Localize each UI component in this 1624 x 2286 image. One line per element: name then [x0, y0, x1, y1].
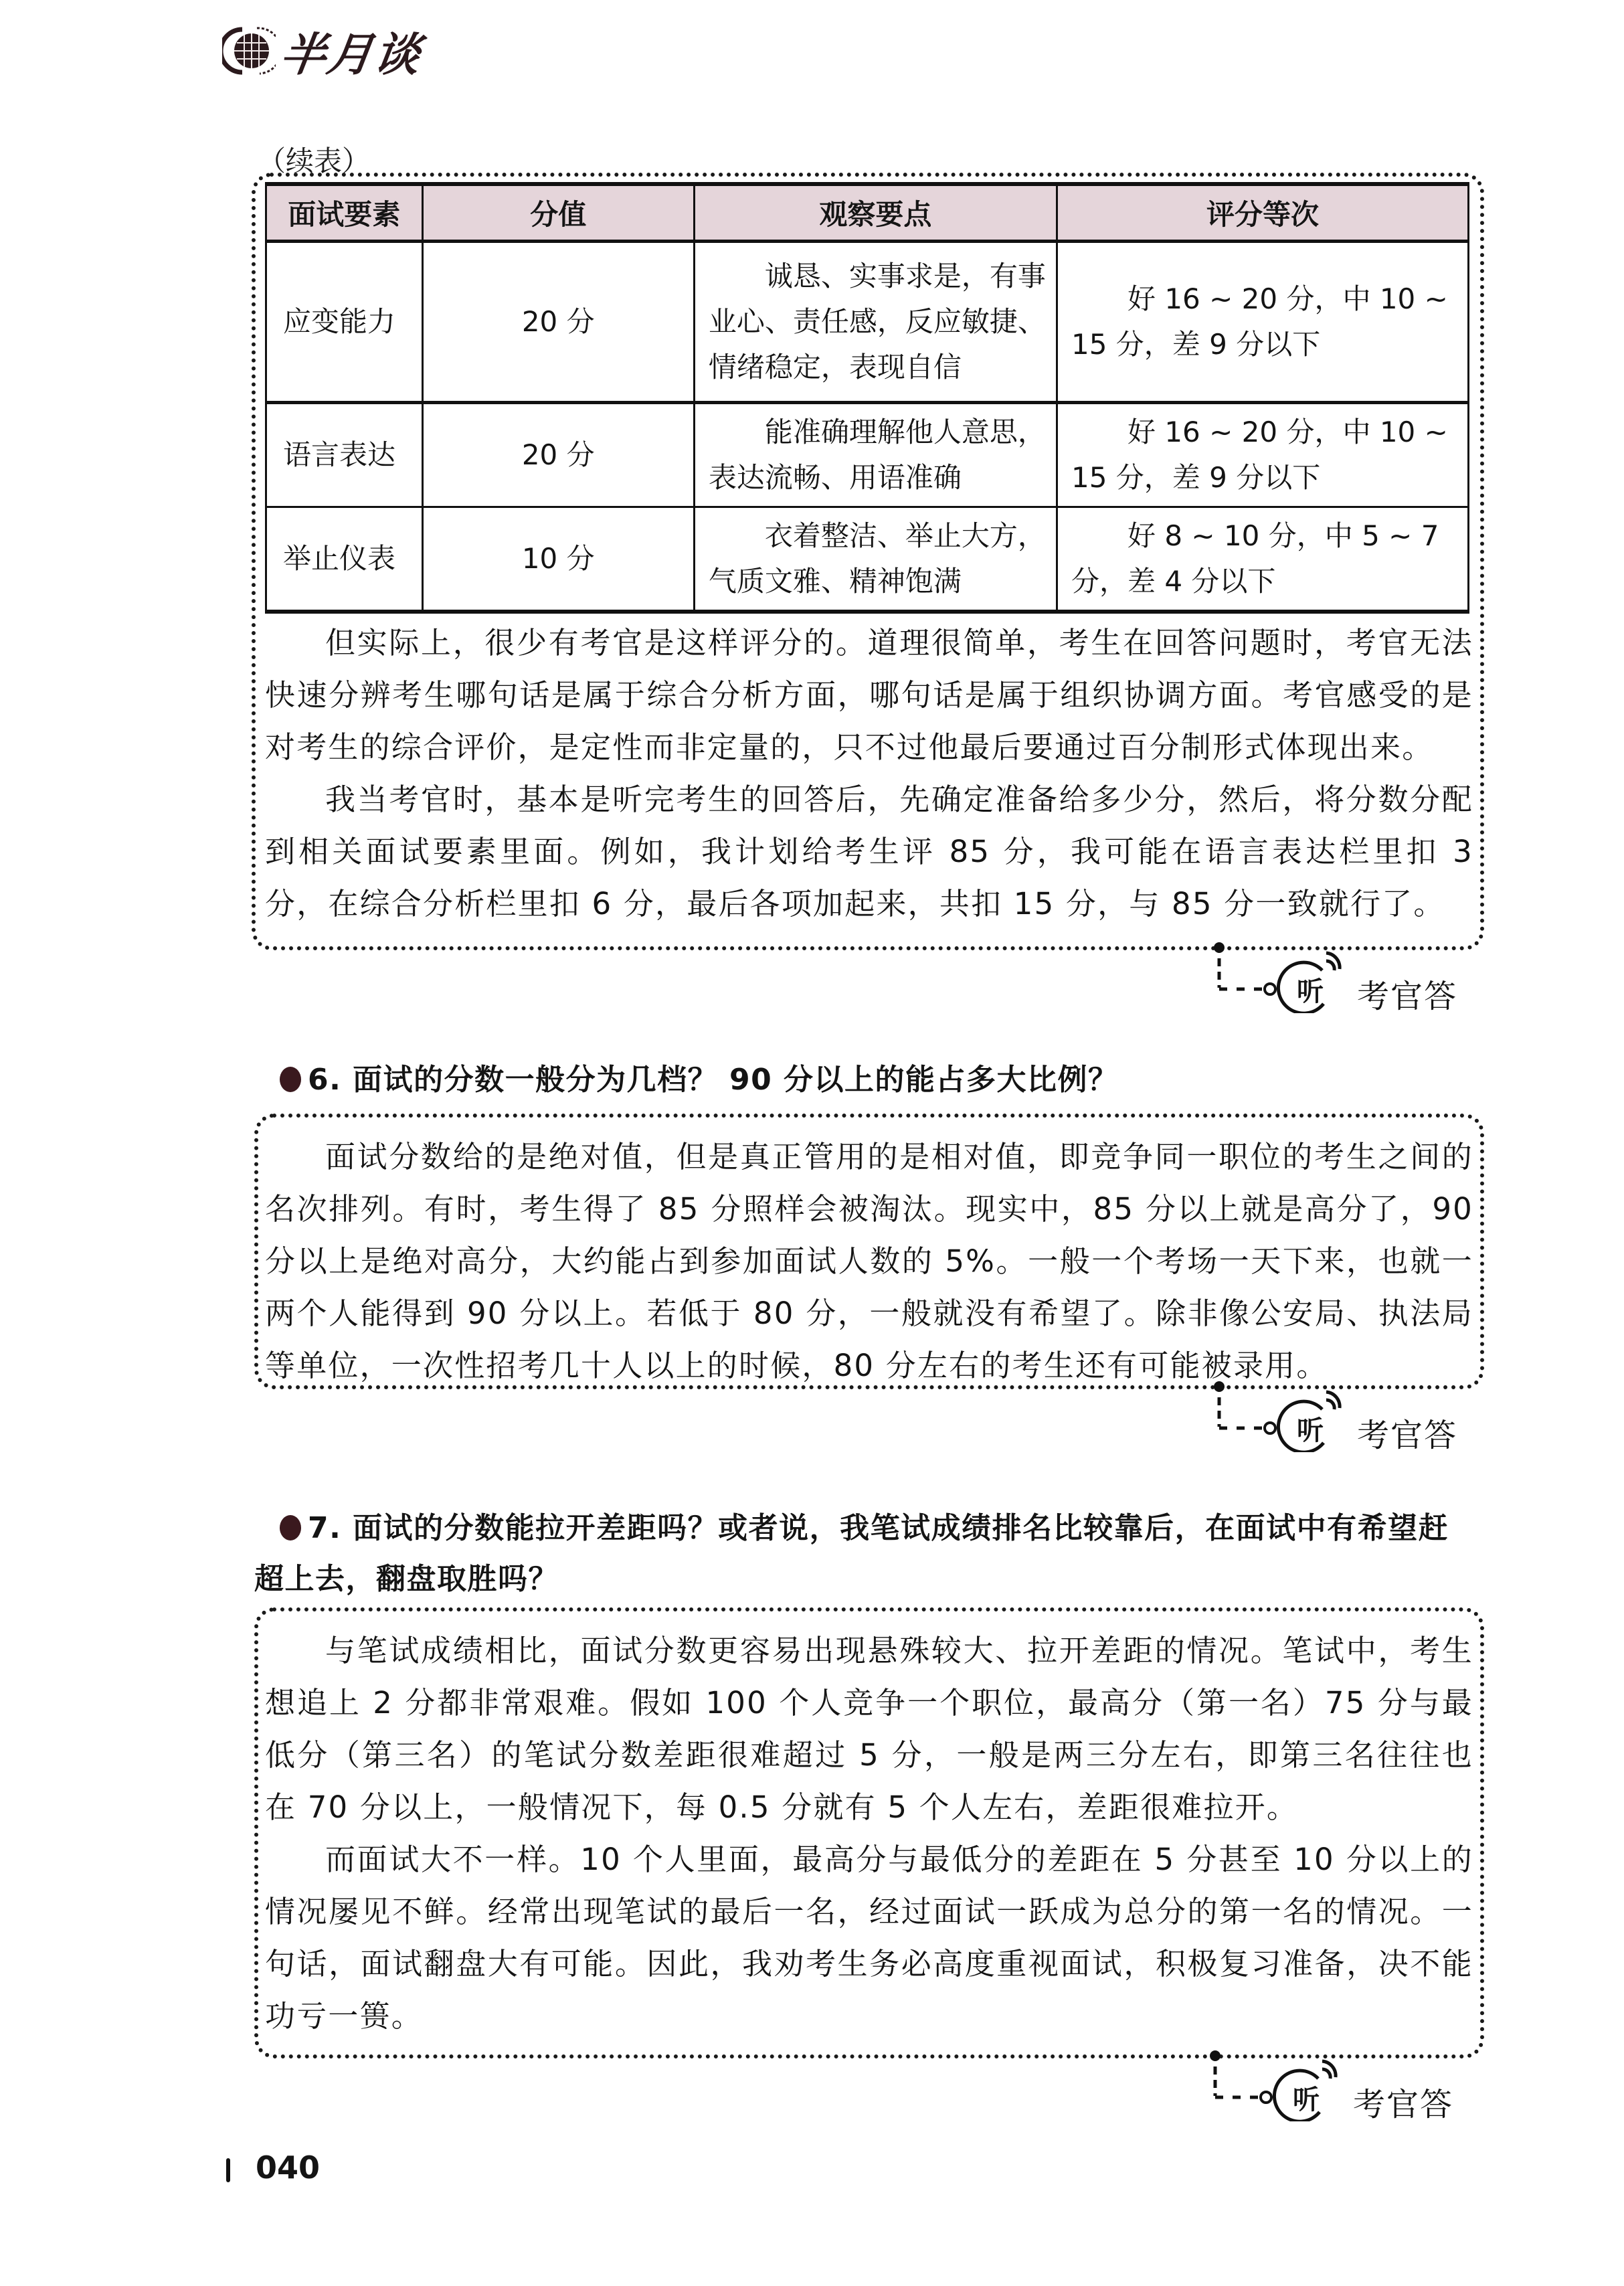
column-header: 评分等次: [1057, 184, 1468, 242]
question-title: 6. 面试的分数一般分为几档？ 90 分以上的能占多大比例？: [308, 1063, 1119, 1097]
listen-examiner-badge: 听 考官答: [1204, 2048, 1472, 2115]
cell-grade: 好 16 ~ 20 分，中 10 ~ 15 分，差 9 分以下: [1057, 403, 1468, 507]
listen-icon: 听: [1297, 970, 1324, 1008]
cell-element: 应变能力: [266, 242, 423, 403]
cell-score: 10 分: [422, 507, 694, 612]
paragraph: 但实际上，很少有考官是这样评分的。道理很简单，考生在回答问题时，考官无法快速分辨…: [265, 617, 1473, 774]
table-header-row: 面试要素 分值 观察要点 评分等次: [266, 184, 1469, 242]
answer-text-6: 面试分数给的是绝对值，但是真正管用的是相对值，即竞争同一职位的考生之间的名次排列…: [265, 1131, 1473, 1392]
logo-text: 半月谈: [276, 19, 426, 84]
paragraph: 与笔试成绩相比，面试分数更容易出现悬殊较大、拉开差距的情况。笔试中，考生想追上 …: [265, 1625, 1473, 1834]
answer-text-5: 但实际上，很少有考官是这样评分的。道理很简单，考生在回答问题时，考官无法快速分辨…: [265, 617, 1473, 930]
bullet-icon: [280, 1067, 301, 1092]
bullet-icon: [280, 1515, 301, 1541]
cell-element: 举止仪表: [266, 507, 423, 612]
cell-element: 语言表达: [266, 403, 423, 507]
cell-points: 衣着整洁、举止大方，气质文雅、精神饱满: [694, 507, 1057, 612]
cell-grade: 好 8 ~ 10 分，中 5 ~ 7 分，差 4 分以下: [1057, 507, 1468, 612]
question-title: 7. 面试的分数能拉开差距吗？或者说，我笔试成绩排名比较靠后，在面试中有希望赶超…: [254, 1511, 1449, 1596]
page-number: 040: [256, 2149, 320, 2186]
badge-label: 考官答: [1357, 970, 1457, 1017]
cell-points: 诚恳、实事求是，有事业心、责任感，反应敏捷、情绪稳定，表现自信: [694, 242, 1057, 403]
listen-examiner-badge: 听 考官答: [1208, 1379, 1476, 1445]
table-row: 语言表达 20 分 能准确理解他人意思，表达流畅、用语准确 好 16 ~ 20 …: [266, 403, 1469, 507]
cell-grade: 好 16 ~ 20 分，中 10 ~ 15 分，差 9 分以下: [1057, 242, 1468, 403]
publication-logo: 半月谈: [222, 25, 422, 76]
paragraph: 面试分数给的是绝对值，但是真正管用的是相对值，即竞争同一职位的考生之间的名次排列…: [265, 1131, 1473, 1392]
column-header: 观察要点: [694, 184, 1057, 242]
listen-icon: 听: [1297, 1409, 1324, 1447]
column-header: 分值: [422, 184, 694, 242]
globe-icon: [222, 25, 276, 76]
listen-icon: 听: [1293, 2079, 1320, 2117]
cell-score: 20 分: [422, 242, 694, 403]
badge-label: 考官答: [1353, 2079, 1453, 2125]
evaluation-table: 面试要素 分值 观察要点 评分等次 应变能力 20 分 诚恳、实事求是，有事业心…: [265, 182, 1469, 614]
question-6-heading: 6. 面试的分数一般分为几档？ 90 分以上的能占多大比例？: [280, 1055, 1484, 1106]
listen-examiner-badge: 听 考官答: [1208, 940, 1476, 1006]
table-row: 举止仪表 10 分 衣着整洁、举止大方，气质文雅、精神饱满 好 8 ~ 10 分…: [266, 507, 1469, 612]
paragraph: 我当考官时，基本是听完考生的回答后，先确定准备给多少分，然后，将分数分配到相关面…: [265, 774, 1473, 930]
answer-text-7: 与笔试成绩相比，面试分数更容易出现悬殊较大、拉开差距的情况。笔试中，考生想追上 …: [265, 1625, 1473, 2042]
paragraph: 而面试大不一样。10 个人里面，最高分与最低分的差距在 5 分甚至 10 分以上…: [265, 1834, 1473, 2042]
cell-points: 能准确理解他人意思，表达流畅、用语准确: [694, 403, 1057, 507]
question-7-heading: 7. 面试的分数能拉开差距吗？或者说，我笔试成绩排名比较靠后，在面试中有希望赶超…: [254, 1503, 1479, 1605]
column-header: 面试要素: [266, 184, 423, 242]
cell-score: 20 分: [422, 403, 694, 507]
badge-label: 考官答: [1357, 1409, 1457, 1456]
table-row: 应变能力 20 分 诚恳、实事求是，有事业心、责任感，反应敏捷、情绪稳定，表现自…: [266, 242, 1469, 403]
page-marker-bar: [226, 2158, 230, 2182]
